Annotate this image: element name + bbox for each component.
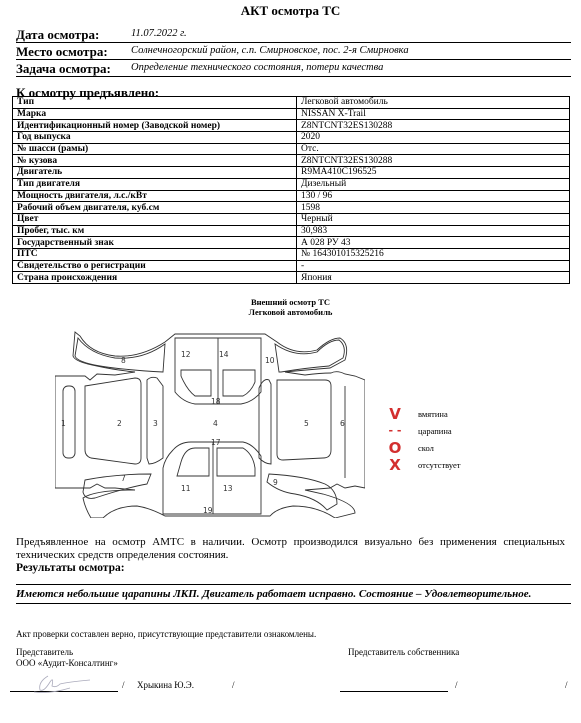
table-row: № кузоваZ8NTCNT32ES130288 <box>13 155 570 167</box>
legend-item-dent: V вмятина <box>384 405 461 422</box>
spec-key: Год выпуска <box>13 132 297 144</box>
slash: / <box>565 680 568 690</box>
header-row-task: Задача осмотра: Определение технического… <box>16 60 571 77</box>
scratch-icon: - - <box>384 424 406 437</box>
diagram-subtitle: Легковой автомобиль <box>0 307 581 317</box>
spec-value: А 028 РУ 43 <box>297 237 570 249</box>
table-row: Свидетельство о регистрации- <box>13 260 570 272</box>
table-row: Идентификационный номер (Заводской номер… <box>13 120 570 132</box>
spec-key: Мощность двигателя, л.с./кВт <box>13 190 297 202</box>
date-label: Дата осмотра: <box>16 27 99 43</box>
slash: / <box>232 680 235 690</box>
legend-label: отсутствует <box>418 460 461 470</box>
spec-value: Черный <box>297 213 570 225</box>
left-representative-label: Представитель <box>16 647 73 657</box>
legend-item-missing: X отсутствует <box>384 456 461 473</box>
legend-item-chip: O скол <box>384 439 461 456</box>
spec-key: Страна происхождения <box>13 272 297 284</box>
task-label: Задача осмотра: <box>16 61 111 77</box>
confirmation-text: Акт проверки составлен верно, присутству… <box>16 629 316 639</box>
table-row: Государственный знакА 028 РУ 43 <box>13 237 570 249</box>
missing-icon: X <box>384 456 406 474</box>
spec-key: Идентификационный номер (Заводской номер… <box>13 120 297 132</box>
results-text: Имеются небольшие царапины ЛКП. Двигател… <box>16 584 571 604</box>
table-row: ДвигательR9MA410C196525 <box>13 167 570 179</box>
damage-legend: V вмятина - - царапина O скол X отсутств… <box>384 405 461 473</box>
spec-key: Пробег, тыс. км <box>13 225 297 237</box>
spec-key: Государственный знак <box>13 237 297 249</box>
spec-value: Дизельный <box>297 178 570 190</box>
right-representative-label: Представитель собственника <box>348 647 459 657</box>
table-row: Мощность двигателя, л.с./кВт130 / 96 <box>13 190 570 202</box>
dent-icon: V <box>384 405 406 423</box>
spec-value: № 164301015325216 <box>297 248 570 260</box>
table-row: МаркаNISSAN X-Trail <box>13 108 570 120</box>
left-representative-org: ООО «Аудит-Консалтинг» <box>16 658 118 668</box>
results-heading: Результаты осмотра: <box>16 562 125 574</box>
header-row-place: Место осмотра: Солнечногорский район, с.… <box>16 43 571 60</box>
spec-value: 1598 <box>297 202 570 214</box>
table-row: Рабочий объем двигателя, куб.см1598 <box>13 202 570 214</box>
spec-key: Свидетельство о регистрации <box>13 260 297 272</box>
right-signature-line <box>340 690 448 692</box>
spec-value: Z8NTCNT32ES130288 <box>297 155 570 167</box>
spec-key: № шасси (рамы) <box>13 143 297 155</box>
legend-label: вмятина <box>418 409 448 419</box>
spec-value: - <box>297 260 570 272</box>
table-row: № шасси (рамы)Отс. <box>13 143 570 155</box>
spec-value: Япония <box>297 272 570 284</box>
spec-key: Марка <box>13 108 297 120</box>
table-row: ЦветЧерный <box>13 213 570 225</box>
spec-value: 2020 <box>297 132 570 144</box>
table-row: Страна происхожденияЯпония <box>13 272 570 284</box>
spec-key: Тип <box>13 97 297 109</box>
spec-value: 30,983 <box>297 225 570 237</box>
table-row: Тип двигателяДизельный <box>13 178 570 190</box>
place-value: Солнечногорский район, с.п. Смирновское,… <box>131 45 409 56</box>
signature-scribble <box>30 672 100 694</box>
legend-label: царапина <box>418 426 452 436</box>
spec-value: R9MA410C196525 <box>297 167 570 179</box>
slash: / <box>455 680 458 690</box>
spec-value: NISSAN X-Trail <box>297 108 570 120</box>
spec-key: Тип двигателя <box>13 178 297 190</box>
spec-key: ПТС <box>13 248 297 260</box>
diagram-title: Внешний осмотр ТС <box>0 297 581 307</box>
spec-key: Цвет <box>13 213 297 225</box>
inspection-statement: Предъявленное на осмотр АМТС в наличии. … <box>16 536 565 561</box>
task-value: Определение технического состояния, поте… <box>131 62 383 73</box>
header-row-date: Дата осмотра: 11.07.2022 г. <box>16 26 571 43</box>
table-row: Год выпуска2020 <box>13 132 570 144</box>
spec-key: Рабочий объем двигателя, куб.см <box>13 202 297 214</box>
car-body-diagram <box>55 328 365 518</box>
vehicle-spec-table: ТипЛегковой автомобильМаркаNISSAN X-Trai… <box>12 96 570 284</box>
legend-item-scratch: - - царапина <box>384 422 461 439</box>
date-value: 11.07.2022 г. <box>131 28 187 39</box>
table-row: ТипЛегковой автомобиль <box>13 97 570 109</box>
spec-value: 130 / 96 <box>297 190 570 202</box>
table-row: ПТС№ 164301015325216 <box>13 248 570 260</box>
spec-key: № кузова <box>13 155 297 167</box>
document-title: АКТ осмотра ТС <box>0 3 581 19</box>
spec-value: Отс. <box>297 143 570 155</box>
slash: / <box>122 680 125 690</box>
table-row: Пробег, тыс. км30,983 <box>13 225 570 237</box>
place-label: Место осмотра: <box>16 44 108 60</box>
chip-icon: O <box>384 439 406 457</box>
spec-value: Z8NTCNT32ES130288 <box>297 120 570 132</box>
legend-label: скол <box>418 443 434 453</box>
left-signer-name: Хрыкина Ю.Э. <box>137 680 194 690</box>
spec-key: Двигатель <box>13 167 297 179</box>
spec-value: Легковой автомобиль <box>297 97 570 109</box>
